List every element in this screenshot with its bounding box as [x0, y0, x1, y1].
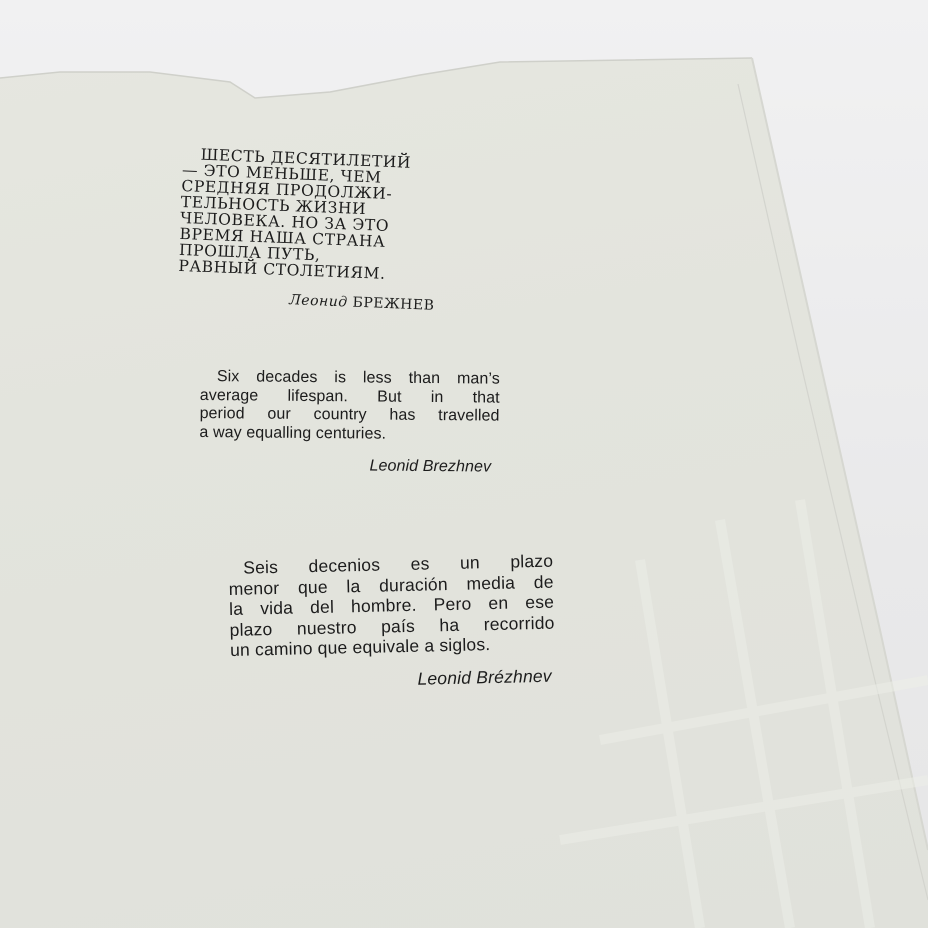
quote-line: a way equalling centuries. — [199, 423, 499, 444]
quote-line: Six decades is less than man’s — [200, 368, 500, 389]
quote-author: Leonid Brezhnev — [199, 456, 499, 477]
quote-russian: ШЕСТЬ ДЕСЯТИЛЕТИЙ — ЭТО МЕНЬШЕ, ЧЕМ СРЕД… — [177, 146, 453, 314]
quote-english: Six decades is less than man’s average l… — [199, 368, 500, 477]
author-last-name: БРЕЖНЕВ — [352, 295, 434, 314]
quote-spanish: Seis decenios es un plazo menor que la d… — [228, 551, 556, 693]
quote-line: period our country has travelled — [200, 405, 500, 426]
photo-scene: ШЕСТЬ ДЕСЯТИЛЕТИЙ — ЭТО МЕНЬШЕ, ЧЕМ СРЕД… — [0, 0, 928, 928]
author-first-name: Леонид — [289, 292, 348, 310]
